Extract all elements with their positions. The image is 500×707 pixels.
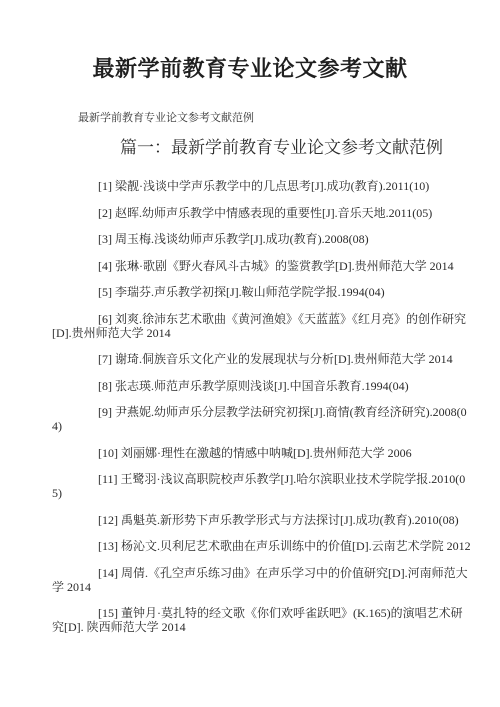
reference-item: [2] 赵晖.幼师声乐教学中情感表现的重要性[J].音乐天地.2011(05)	[52, 206, 474, 220]
reference-item: [12] 禹魁英.新形势下声乐教学形式与方法探讨[J].成功(教育).2010(…	[52, 513, 474, 527]
document-subtitle: 最新学前教育专业论文参考文献范例	[78, 112, 500, 124]
reference-item: [1] 梁靓·浅谈中学声乐教学中的几点思考[J].成功(教育).2011(10)	[52, 179, 474, 193]
reference-list: [1] 梁靓·浅谈中学声乐教学中的几点思考[J].成功(教育).2011(10)…	[52, 179, 474, 634]
section-heading: 篇一：最新学前教育专业论文参考文献范例	[120, 137, 500, 158]
reference-item: [3] 周玉梅.浅谈幼师声乐教学[J].成功(教育).2008(08)	[52, 232, 474, 246]
reference-item: [9] 尹燕妮.幼师声乐分层教学法研究初探[J].商情(教育经济研究).2008…	[52, 405, 474, 433]
reference-item: [7] 谢琦.侗族音乐文化产业的发展现状与分析[D].贵州师范大学 2014	[52, 352, 474, 366]
reference-item: [13] 杨沁文.贝利尼艺术歌曲在声乐训练中的价值[D].云南艺术学院 2012	[52, 539, 474, 553]
reference-item: [5] 李瑞芬.声乐教学初探[J].鞍山师范学院学报.1994(04)	[52, 285, 474, 299]
document-title: 最新学前教育专业论文参考文献	[0, 56, 500, 82]
reference-item: [10] 刘丽娜·理性在激越的情感中呐喊[D].贵州师范大学 2006	[52, 446, 474, 460]
reference-item: [8] 张志瑛.师范声乐教学原则浅谈[J].中国音乐教育.1994(04)	[52, 379, 474, 393]
reference-item: [11] 王鹭羽·浅议高职院校声乐教学[J].哈尔滨职业技术学院学报.2010(…	[52, 472, 474, 500]
document-page: 最新学前教育专业论文参考文献 最新学前教育专业论文参考文献范例 篇一：最新学前教…	[0, 0, 500, 707]
reference-item: [4] 张琳·歌剧《野火春风斗古城》的鉴赏教学[D].贵州师范大学 2014	[52, 259, 474, 273]
reference-item: [6] 刘爽.徐沛东艺术歌曲《黄河渔娘》《天蓝蓝》《红月亮》的创作研究[D].贵…	[52, 312, 474, 340]
reference-item: [15] 董钟月·莫扎特的经文歌《你们欢呼雀跃吧》(K.165)的演唱艺术研究[…	[52, 606, 474, 634]
reference-item: [14] 周倩.《孔空声乐练习曲》在声乐学习中的价值研究[D].河南师范大学 2…	[52, 566, 474, 594]
